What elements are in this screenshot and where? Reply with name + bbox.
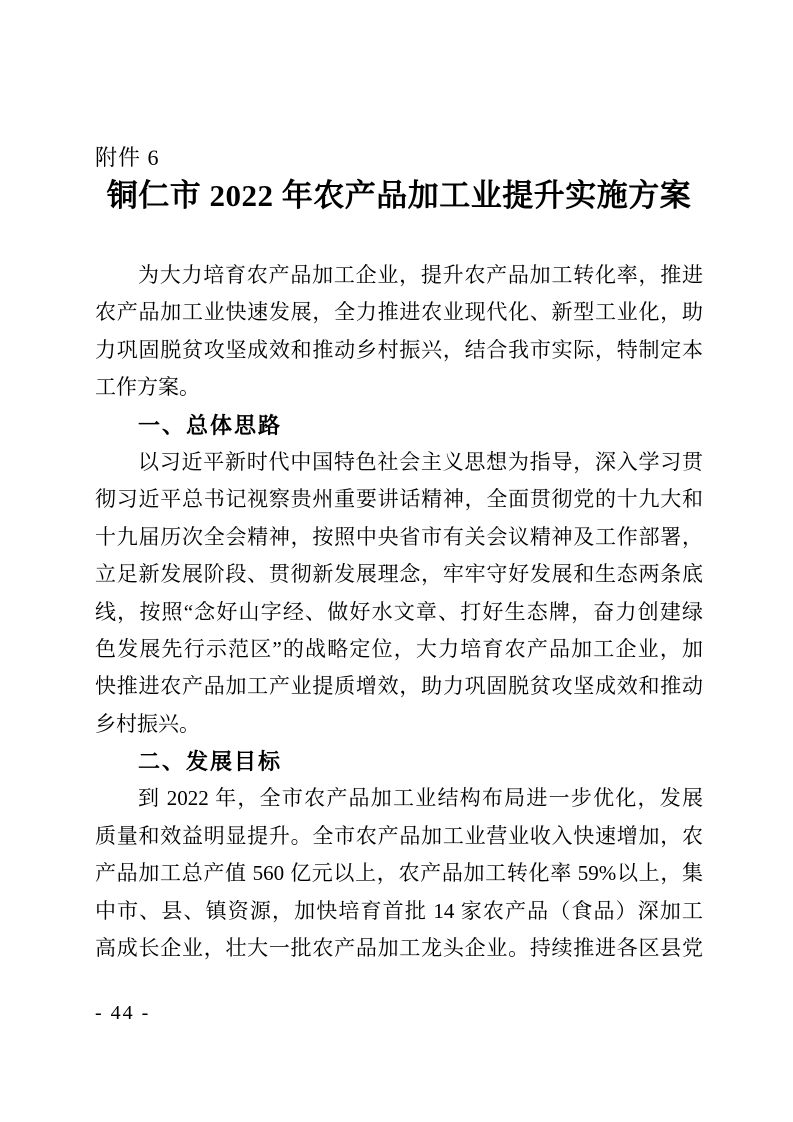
page-number: - 44 - [95,1000,150,1026]
attachment-label: 附件 6 [95,143,160,173]
paragraph-line: 中市、县、镇资源，加快培育首批 14 家农产品（食品）深加工 [95,893,703,930]
paragraph-line: 色发展先行示范区”的战略定位，大力培育农产品加工企业，加 [95,631,703,668]
paragraph-line: 乡村振兴。 [95,706,703,743]
section-heading-2: 二、发展目标 [95,743,703,780]
paragraph-line: 质量和效益明显提升。全市农产品加工业营业收入快速增加，农 [95,818,703,855]
paragraph-line: 力巩固脱贫攻坚成效和推动乡村振兴，结合我市实际，特制定本 [95,332,703,369]
document-title: 铜仁市 2022 年农产品加工业提升实施方案 [75,174,723,218]
section-heading-1: 一、总体思路 [95,407,703,444]
paragraph-line: 彻习近平总书记视察贵州重要讲话精神，全面贯彻党的十九大和 [95,481,703,518]
paragraph-line: 立足新发展阶段、贯彻新发展理念，牢牢守好发展和生态两条底 [95,556,703,593]
paragraph-line: 快推进农产品加工产业提质增效，助力巩固脱贫攻坚成效和推动 [95,668,703,705]
paragraph-line: 为大力培育农产品加工企业，提升农产品加工转化率，推进 [95,257,703,294]
paragraph-line: 产品加工总产值 560 亿元以上，农产品加工转化率 59%以上，集 [95,855,703,892]
paragraph-line: 农产品加工业快速发展，全力推进农业现代化、新型工业化，助 [95,294,703,331]
paragraph-line: 线，按照“念好山字经、做好水文章、打好生态牌，奋力创建绿 [95,594,703,631]
document-body: 为大力培育农产品加工企业，提升农产品加工转化率，推进 农产品加工业快速发展，全力… [95,257,703,967]
paragraph-line: 到 2022 年，全市农产品加工业结构布局进一步优化，发展 [95,780,703,817]
document-page: 附件 6 铜仁市 2022 年农产品加工业提升实施方案 为大力培育农产品加工企业… [0,0,793,1122]
paragraph-line: 以习近平新时代中国特色社会主义思想为指导，深入学习贯 [95,444,703,481]
paragraph-line: 工作方案。 [95,369,703,406]
paragraph-line: 高成长企业，壮大一批农产品加工龙头企业。持续推进各区县党 [95,930,703,967]
paragraph-line: 十九届历次全会精神，按照中央省市有关会议精神及工作部署， [95,519,703,556]
